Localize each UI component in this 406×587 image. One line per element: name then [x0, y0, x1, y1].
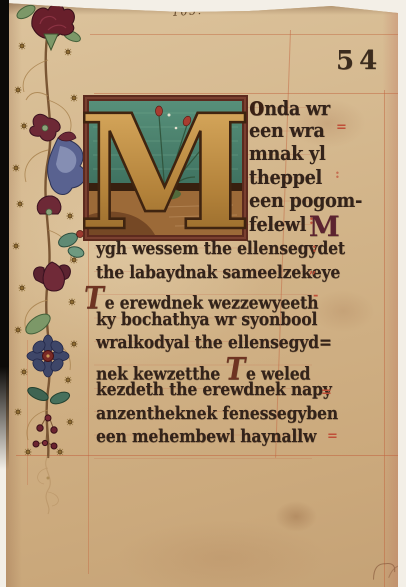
manuscript-photo: 105. 54: [0, 0, 406, 587]
line-text: the labaydnak sameelzekeye: [96, 262, 340, 283]
tail-tendril: [38, 456, 59, 514]
body-text-line: wralkodyal the ellensegyd=: [96, 330, 332, 355]
body-text-line: kezdeth the erewdnek napy: [96, 377, 332, 402]
line-text: anzentheknek fenessegyben: [96, 403, 338, 424]
black-photo-edge: [0, 0, 9, 470]
column-line-text: felewl: [249, 213, 306, 236]
carnation-flower: [15, 3, 82, 50]
manuscript-page: 105. 54: [6, 0, 398, 587]
column-line: een wra: [249, 118, 325, 143]
page-number: 54: [336, 46, 382, 77]
line-text: ygh wessem the ellensegydet: [96, 238, 345, 259]
column-line: mnak yl: [249, 141, 325, 166]
column-line: een pogom-: [249, 188, 362, 213]
body-text-line: een mehembewl haynallw: [96, 424, 316, 449]
line-text: wralkodyal the ellensegyd=: [96, 332, 332, 353]
margin-mark: „: [309, 263, 316, 276]
initial-letter-m: M: [83, 95, 248, 241]
berry-cluster: [33, 414, 57, 449]
teal-leaf: [56, 230, 85, 259]
trefoil-flower: [30, 114, 60, 141]
tulip-flower: [34, 262, 71, 291]
floral-border: [8, 0, 86, 520]
ruling-line-right-margin: [384, 90, 385, 587]
margin-mark: :: [309, 214, 314, 227]
ink-scribble: [358, 532, 406, 584]
ruling-line-top: [90, 34, 402, 35]
body-text-line: ygh wessem the ellensegydet: [96, 236, 345, 261]
line-text: ky bochathya wr syonbool: [96, 309, 317, 330]
margin-mark: =: [336, 121, 347, 134]
margin-mark: :: [335, 168, 340, 181]
line-text: kezdeth the erewdnek napy: [96, 379, 332, 400]
column-line: theppel: [249, 165, 322, 190]
body-text-line: the labaydnak sameelzekeye: [96, 260, 340, 285]
ruling-line-header: [94, 93, 400, 94]
margin-mark: -: [313, 289, 318, 302]
folio-number: 105.: [172, 4, 203, 19]
body-text-line: anzentheknek fenessegyben: [96, 401, 338, 426]
bell-flower: [37, 196, 61, 215]
line-text: een mehembewl haynallw: [96, 426, 316, 447]
margin-mark: :: [312, 242, 317, 255]
blue-flower: [27, 335, 69, 377]
illuminated-initial-block: M: [83, 95, 248, 241]
acanthus-leaf: [48, 132, 86, 195]
margin-mark: =: [327, 430, 338, 443]
margin-mark: =: [321, 386, 332, 399]
body-text-line: ky bochathya wr syonbool: [96, 307, 317, 332]
